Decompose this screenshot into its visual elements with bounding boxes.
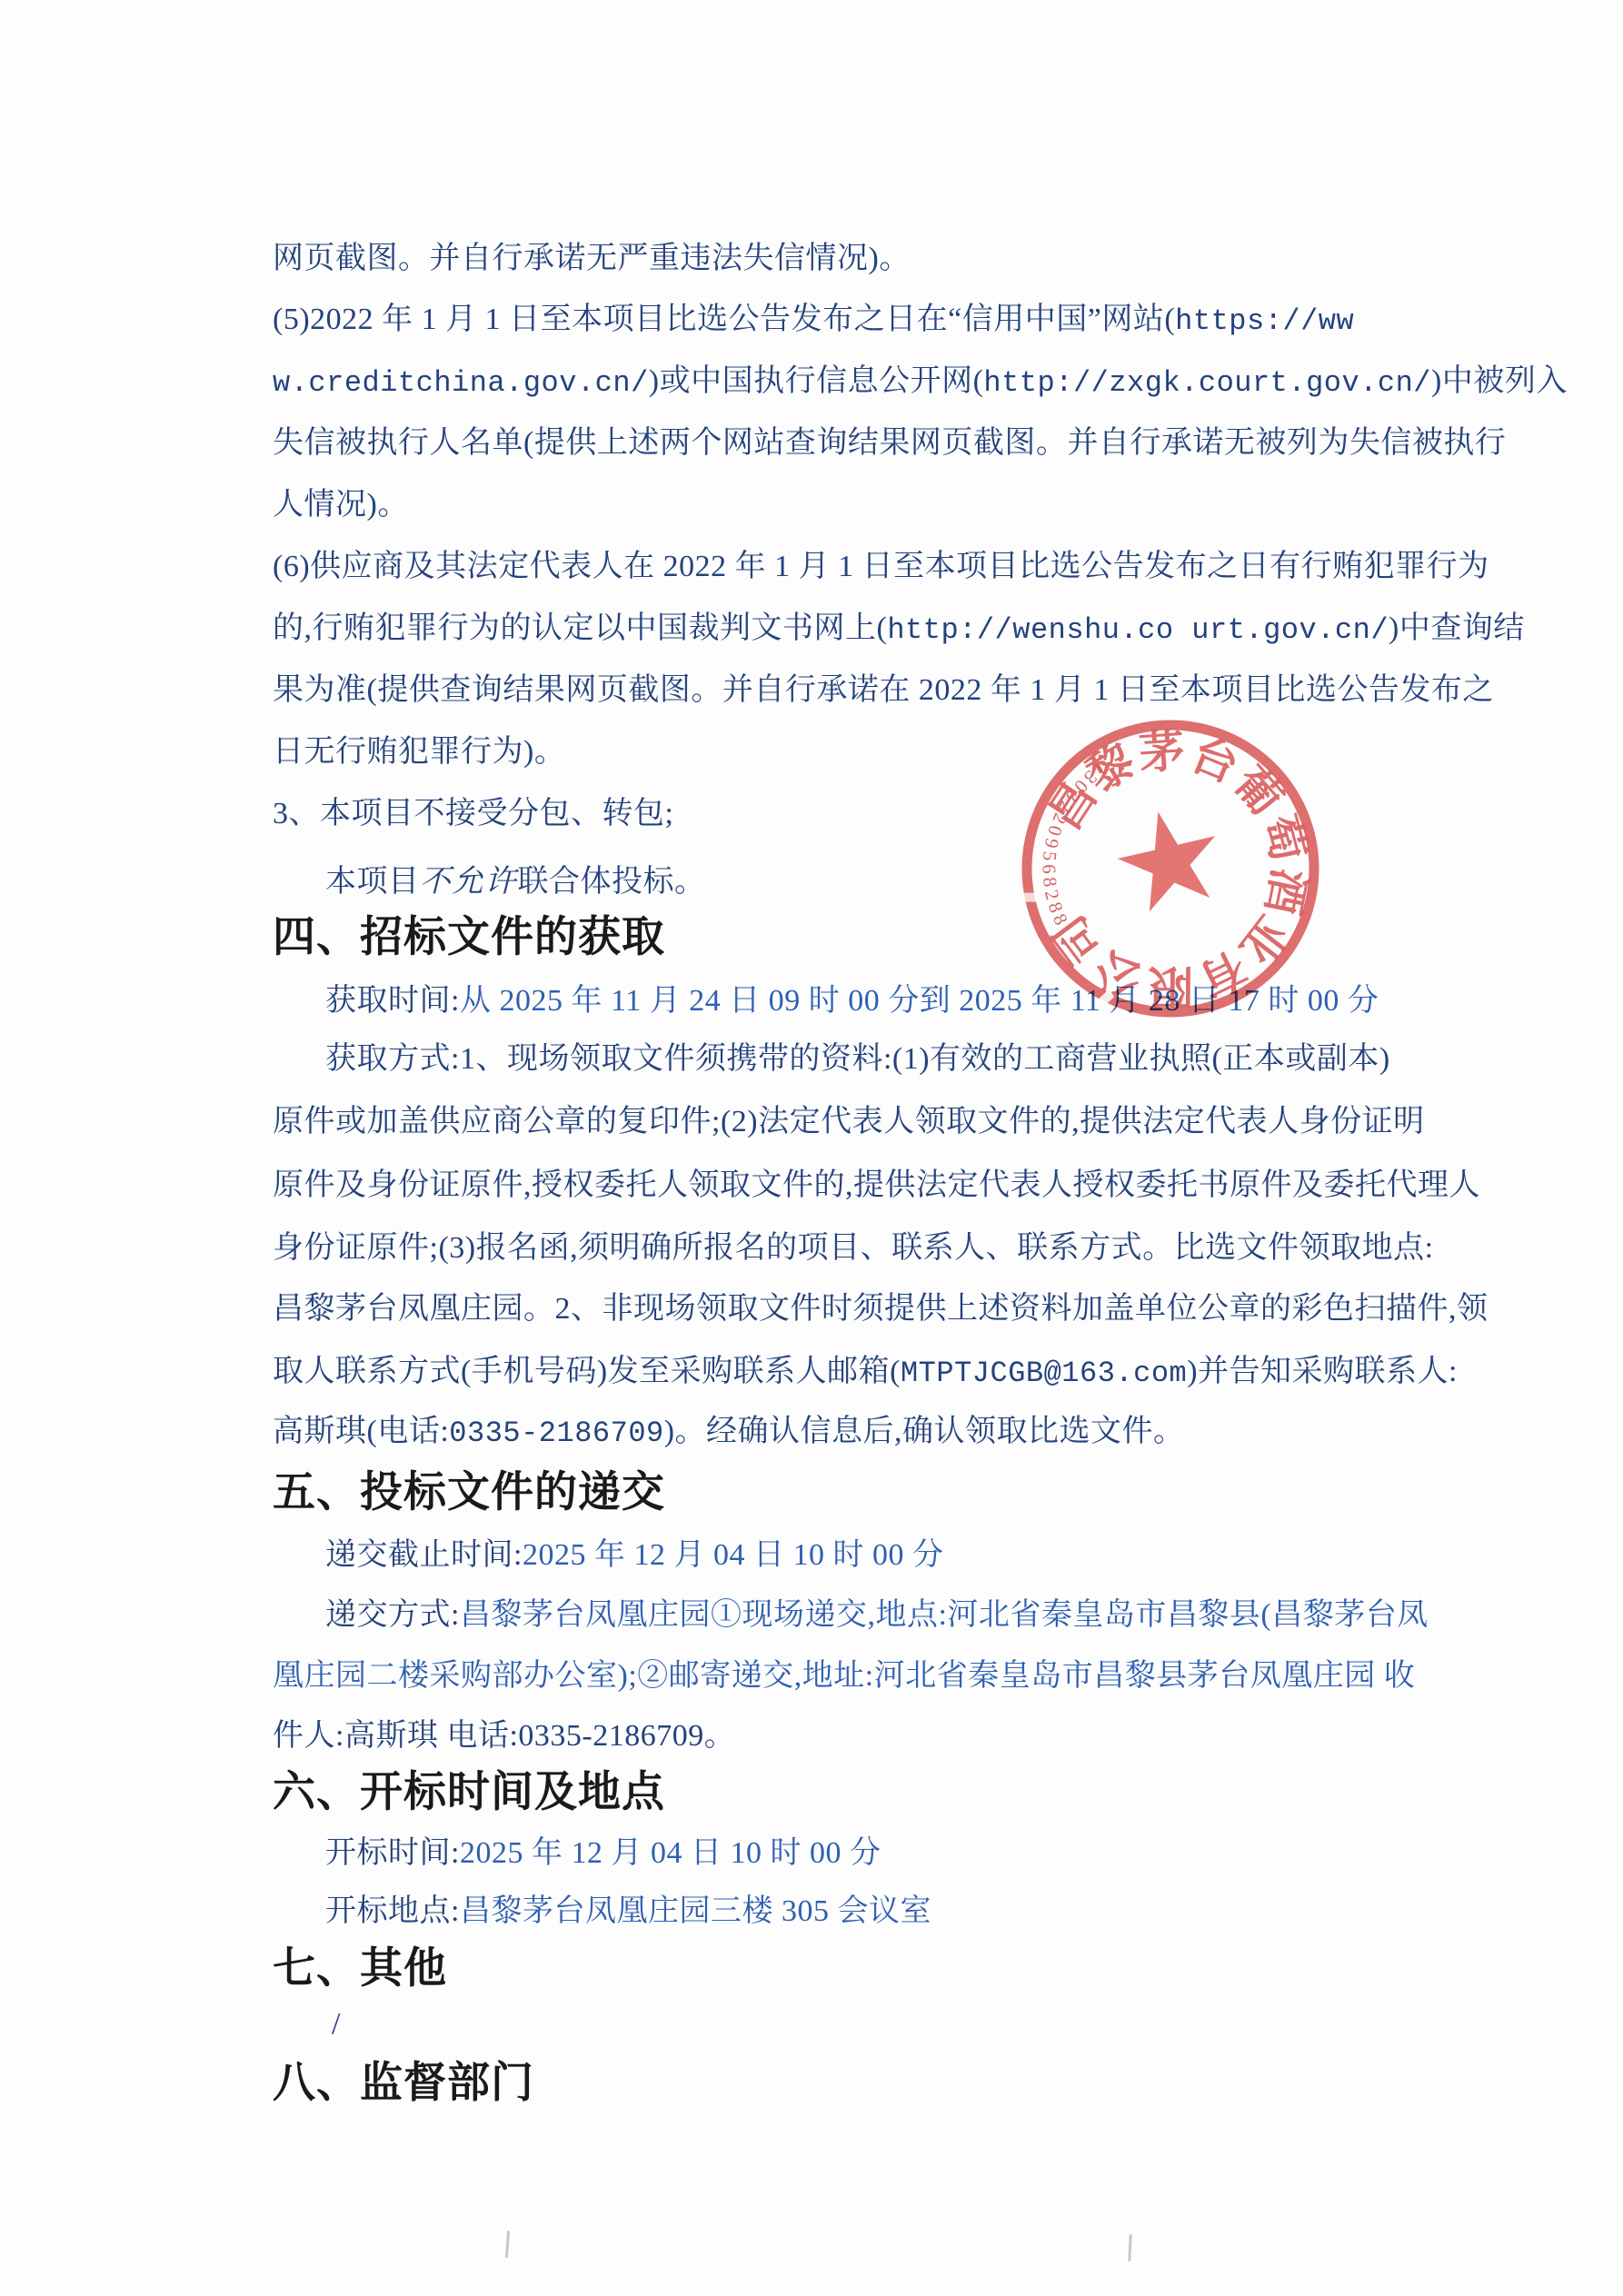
text: 高斯琪(电话: xyxy=(273,1415,449,1448)
url-zxgk-court: http://zxgk.court.gov.cn/ xyxy=(983,366,1431,400)
heading-section-6: 六、开标时间及地点 xyxy=(273,1762,665,1822)
acquire-method-line-2: 原件或加盖供应商公章的复印件;(2)法定代表人领取文件的,提供法定代表人身份证明 xyxy=(273,1097,1425,1148)
item5-line-1: (5)2022 年 1 月 1 日至本项目比选公告发布之日在“信用中国”网站(h… xyxy=(273,294,1354,345)
url-credit-china-part1: https://ww xyxy=(1175,304,1354,338)
scanned-tender-document-page: 网页截图。并自行承诺无严重违法失信情况)。 (5)2022 年 1 月 1 日至… xyxy=(0,0,1623,2296)
text: 果为准(提供查询结果网页截图。并自行承诺在 2022 年 1 月 1 日至本项目… xyxy=(273,673,1494,707)
text: 昌黎茅台凤凰庄园。2、非现场领取文件时须提供上述资料加盖单位公章的彩色扫描件,领 xyxy=(273,1292,1489,1326)
label: 递交方式: xyxy=(325,1598,460,1632)
text: )。经确认信息后,确认领取比选文件。 xyxy=(664,1415,1185,1448)
heading-section-4: 四、招标文件的获取 xyxy=(273,907,665,967)
acquire-time-line: 获取时间:从 2025 年 11 月 24 日 09 时 00 分到 2025 … xyxy=(325,976,1379,1027)
text: (6)供应商及其法定代表人在 2022 年 1 月 1 日至本项目比选公告发布之… xyxy=(273,550,1489,583)
heading-text: 六、开标时间及地点 xyxy=(273,1767,665,1815)
text: 网页截图。并自行承诺无严重违法失信情况)。 xyxy=(273,242,911,275)
bid-open-time-value: 2025 年 12 月 04 日 10 时 00 分 xyxy=(460,1836,881,1870)
label: 开标时间: xyxy=(325,1836,460,1870)
svg-text:13032209568288: 13032209568288 xyxy=(1029,757,1124,933)
joint-venture-line: 本项目不允许联合体投标。 xyxy=(325,857,706,908)
text: )或中国执行信息公开网( xyxy=(649,364,984,398)
acquire-method-line-1: 获取方式:1、现场领取文件须携带的资料:(1)有效的工商营业执照(正本或副本) xyxy=(325,1034,1390,1085)
acquire-method-line-4: 身份证原件;(3)报名函,须明确所报名的项目、联系人、联系方式。比选文件领取地点… xyxy=(273,1223,1434,1274)
submit-deadline-line: 递交截止时间:2025 年 12 月 04 日 10 时 00 分 xyxy=(325,1530,943,1581)
item5-line-2: w.creditchina.gov.cn/)或中国执行信息公开网(http://… xyxy=(273,356,1568,407)
section-7-empty-value: / xyxy=(332,1999,341,2050)
heading-text: 七、其他 xyxy=(273,1943,447,1992)
submit-deadline-value: 2025 年 12 月 04 日 10 时 00 分 xyxy=(523,1538,944,1572)
contact-phone: 0335-2186709 xyxy=(449,1416,663,1450)
receiver-contact: 高斯琪 电话:0335-2186709。 xyxy=(344,1719,735,1753)
bid-open-time-line: 开标时间:2025 年 12 月 04 日 10 时 00 分 xyxy=(325,1828,881,1879)
url-wenshu-court: http://wenshu.co urt.gov.cn/ xyxy=(887,613,1389,647)
text: 本项目 xyxy=(325,865,420,899)
item6-line-4: 日无行贿犯罪行为)。 xyxy=(273,727,565,778)
text: 身份证原件;(3)报名函,须明确所报名的项目、联系人、联系方式。比选文件领取地点… xyxy=(273,1231,1434,1265)
submit-method-line-1: 递交方式:昌黎茅台凤凰庄园①现场递交,地点:河北省秦皇岛市昌黎县(昌黎茅台凤 xyxy=(325,1590,1429,1641)
heading-text: 四、招标文件的获取 xyxy=(273,912,665,960)
acquire-method-line-3: 原件及身份证原件,授权委托人领取文件的,提供法定代表人授权委托书原件及委托代理人 xyxy=(273,1160,1480,1211)
heading-text: 八、监督部门 xyxy=(273,2058,534,2106)
seal-ring-notch xyxy=(1020,893,1040,902)
bid-open-place-value: 昌黎茅台凤凰庄园三楼 305 会议室 xyxy=(460,1894,931,1928)
acquire-method-line-7: 高斯琪(电话:0335-2186709)。经确认信息后,确认领取比选文件。 xyxy=(273,1406,1185,1457)
text: 的,行贿犯罪行为的认定以中国裁判文书网上( xyxy=(273,611,887,645)
scan-artifact-mark xyxy=(1128,2234,1132,2261)
scan-artifact-mark xyxy=(505,2231,510,2258)
text: )中查询结 xyxy=(1389,611,1525,645)
text: 原件及身份证原件,授权委托人领取文件的,提供法定代表人授权委托书原件及委托代理人 xyxy=(273,1168,1480,1202)
text: 取人联系方式(手机号码)发至采购联系人邮箱( xyxy=(273,1355,901,1388)
text: )并告知采购联系人: xyxy=(1187,1355,1458,1388)
submit-method-line-3: 件人:高斯琪 电话:0335-2186709。 xyxy=(273,1711,735,1762)
text: )中被列入 xyxy=(1431,364,1568,398)
text: 原件或加盖供应商公章的复印件;(2)法定代表人领取文件的,提供法定代表人身份证明 xyxy=(273,1105,1425,1138)
label: 获取时间: xyxy=(325,984,460,1018)
submit-method-value: 凰庄园二楼采购部办公室);②邮寄递交,地址:河北省秦皇岛市昌黎县茅台凤凰庄园 收 xyxy=(273,1659,1415,1693)
text: 3、本项目不接受分包、转包; xyxy=(273,797,673,830)
label: 件人: xyxy=(273,1719,344,1753)
heading-section-8: 八、监督部门 xyxy=(273,2052,534,2112)
item3-line: 3、本项目不接受分包、转包; xyxy=(273,789,673,840)
text: 获取方式:1、现场领取文件须携带的资料:(1)有效的工商营业执照(正本或副本) xyxy=(325,1042,1390,1076)
label: 开标地点: xyxy=(325,1894,460,1928)
text: (5)2022 年 1 月 1 日至本项目比选公告发布之日在“信用中国”网站( xyxy=(273,303,1175,336)
item6-line-3: 果为准(提供查询结果网页截图。并自行承诺在 2022 年 1 月 1 日至本项目… xyxy=(273,665,1494,716)
text: 失信被执行人名单(提供上述两个网站查询结果网页截图。并自行承诺无被列为失信被执行 xyxy=(273,426,1506,460)
item6-line-1: (6)供应商及其法定代表人在 2022 年 1 月 1 日至本项目比选公告发布之… xyxy=(273,542,1489,592)
label: 递交截止时间: xyxy=(325,1538,523,1572)
emphasis-not-allowed: 不允许 xyxy=(420,865,518,899)
paragraph-tail-line: 网页截图。并自行承诺无严重违法失信情况)。 xyxy=(273,234,911,284)
text: 人情况)。 xyxy=(273,488,409,522)
seal-registration-code: 13032209568288 xyxy=(1029,757,1124,933)
text: 日无行贿犯罪行为)。 xyxy=(273,735,565,769)
bid-open-place-line: 开标地点:昌黎茅台凤凰庄园三楼 305 会议室 xyxy=(325,1886,931,1937)
acquire-method-line-5: 昌黎茅台凤凰庄园。2、非现场领取文件时须提供上述资料加盖单位公章的彩色扫描件,领 xyxy=(273,1284,1489,1335)
item6-line-2: 的,行贿犯罪行为的认定以中国裁判文书网上(http://wenshu.co ur… xyxy=(273,603,1525,654)
submit-method-value: 昌黎茅台凤凰庄园①现场递交,地点:河北省秦皇岛市昌黎县(昌黎茅台凤 xyxy=(460,1598,1429,1632)
item5-line-4: 人情况)。 xyxy=(273,480,409,531)
heading-text: 五、投标文件的递交 xyxy=(273,1467,665,1516)
contact-email: MTPTJCGB@163.com xyxy=(901,1357,1187,1390)
slash-placeholder: / xyxy=(332,2007,341,2041)
heading-section-7: 七、其他 xyxy=(273,1938,447,1998)
acquire-time-value: 从 2025 年 11 月 24 日 09 时 00 分到 2025 年 11 … xyxy=(460,984,1379,1018)
text: 联合体投标。 xyxy=(518,865,706,899)
url-credit-china-part2: w.creditchina.gov.cn/ xyxy=(273,366,649,400)
seal-star-icon xyxy=(1110,800,1229,916)
heading-section-5: 五、投标文件的递交 xyxy=(273,1462,665,1522)
acquire-method-line-6: 取人联系方式(手机号码)发至采购联系人邮箱(MTPTJCGB@163.com)并… xyxy=(273,1347,1458,1397)
item5-line-3: 失信被执行人名单(提供上述两个网站查询结果网页截图。并自行承诺无被列为失信被执行 xyxy=(273,418,1506,469)
submit-method-line-2: 凰庄园二楼采购部办公室);②邮寄递交,地址:河北省秦皇岛市昌黎县茅台凤凰庄园 收 xyxy=(273,1651,1415,1702)
